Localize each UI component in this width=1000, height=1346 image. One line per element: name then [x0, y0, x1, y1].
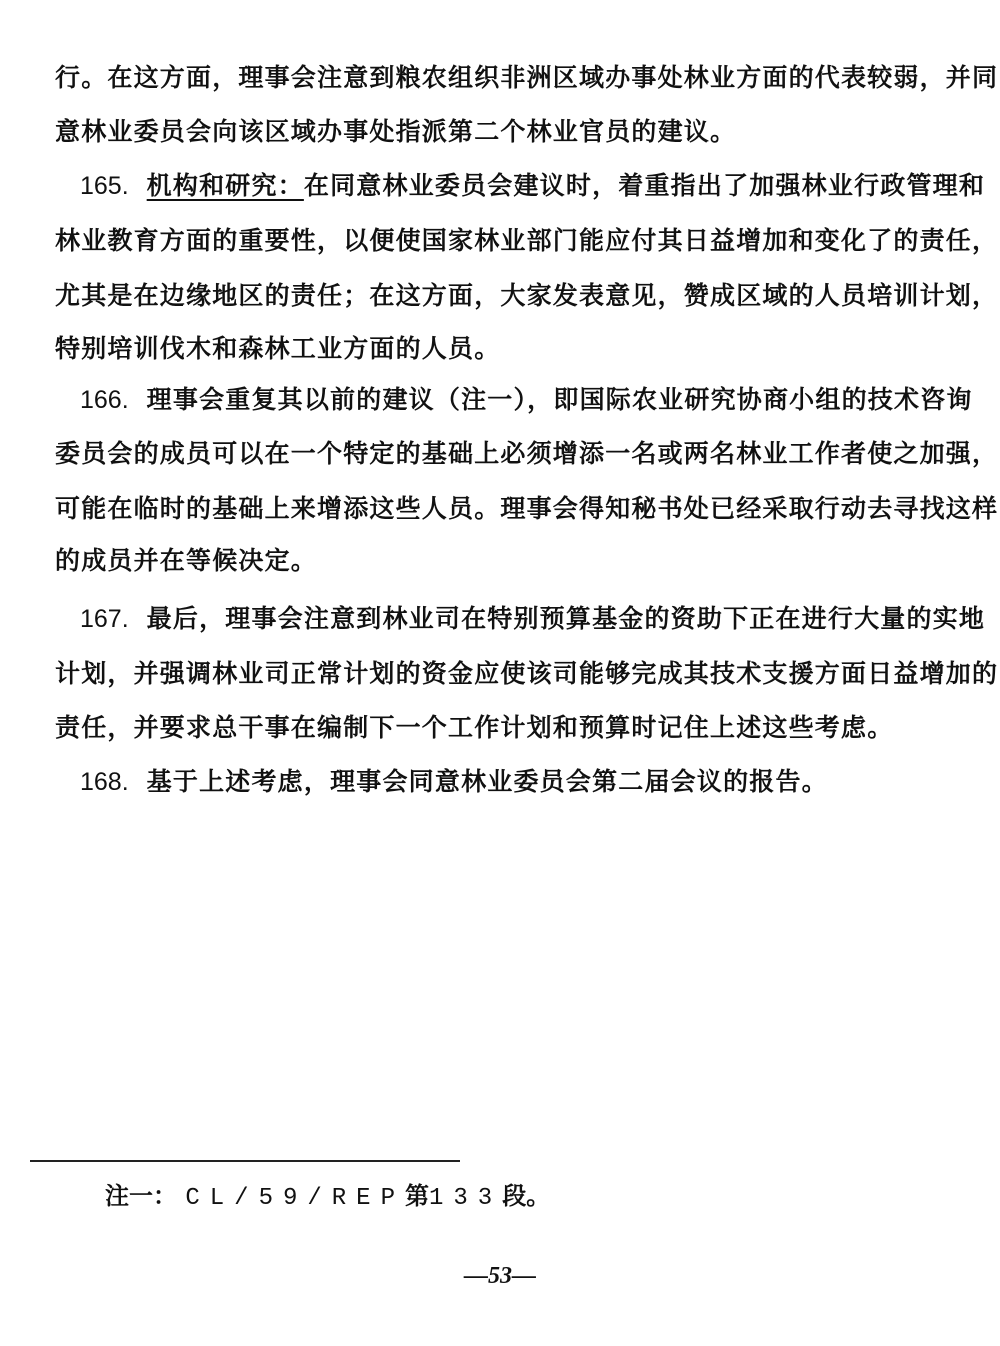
footnote-paragraph-number: 133	[429, 1185, 502, 1212]
footnote-suffix: 段。	[502, 1181, 550, 1210]
text-line: 林业教育方面的重要性，以便使国家林业部门能应付其日益增加和变化了的责任，	[55, 225, 975, 257]
paragraph-number: 167.	[80, 605, 129, 633]
text-line: 委员会的成员可以在一个特定的基础上必须增添一名或两名林业工作者使之加强，	[55, 438, 975, 470]
text-line: 意林业委员会向该区域办事处指派第二个林业官员的建议。	[55, 116, 975, 148]
text-line: 可能在临时的基础上来增添这些人员。理事会得知秘书处已经采取行动去寻找这样	[55, 493, 975, 525]
paragraph-heading: 机构和研究：	[147, 171, 304, 200]
paragraph-text: 基于上述考虑，理事会同意林业委员会第二届会议的报告。	[147, 767, 828, 796]
page-number: —53—	[0, 1263, 1000, 1290]
text-line: 行。在这方面，理事会注意到粮农组织非洲区域办事处林业方面的代表较弱，并同	[55, 62, 975, 94]
paragraph-number: 165.	[80, 172, 129, 200]
paragraph-166: 166.理事会重复其以前的建议（注一），即国际农业研究协商小组的技术咨询	[80, 384, 1000, 416]
footnote-label: 注一：	[105, 1181, 177, 1210]
paragraph-number: 166.	[80, 386, 129, 414]
text-line: 责任，并要求总干事在编制下一个工作计划和预算时记住上述这些考虑。	[55, 712, 975, 744]
text-line: 的成员并在等候决定。	[55, 545, 975, 577]
footnote-reference: CL/59/REP	[185, 1185, 405, 1212]
paragraph-text: 理事会重复其以前的建议（注一），即国际农业研究协商小组的技术咨询	[147, 385, 973, 414]
paragraph-number: 168.	[80, 768, 129, 796]
paragraph-165: 165.机构和研究：在同意林业委员会建议时，着重指出了加强林业行政管理和	[80, 170, 1000, 202]
paragraph-text: 最后，理事会注意到林业司在特别预算基金的资助下正在进行大量的实地	[147, 604, 985, 633]
paragraph-168: 168.基于上述考虑，理事会同意林业委员会第二届会议的报告。	[80, 766, 1000, 798]
text-line: 特别培训伐木和森林工业方面的人员。	[55, 333, 975, 365]
footnote: 注一： CL/59/REP第133段。	[105, 1180, 550, 1215]
footnote-prefix: 第	[405, 1181, 429, 1210]
text-line: 计划，并强调林业司正常计划的资金应使该司能够完成其技术支援方面日益增加的	[55, 658, 975, 690]
paragraph-167: 167.最后，理事会注意到林业司在特别预算基金的资助下正在进行大量的实地	[80, 603, 1000, 635]
document-page: 行。在这方面，理事会注意到粮农组织非洲区域办事处林业方面的代表较弱，并同 意林业…	[0, 0, 1000, 1346]
text-line: 尤其是在边缘地区的责任；在这方面，大家发表意见，赞成区域的人员培训计划，	[55, 280, 975, 312]
paragraph-text: 在同意林业委员会建议时，着重指出了加强林业行政管理和	[304, 171, 985, 200]
footnote-divider	[30, 1160, 460, 1162]
